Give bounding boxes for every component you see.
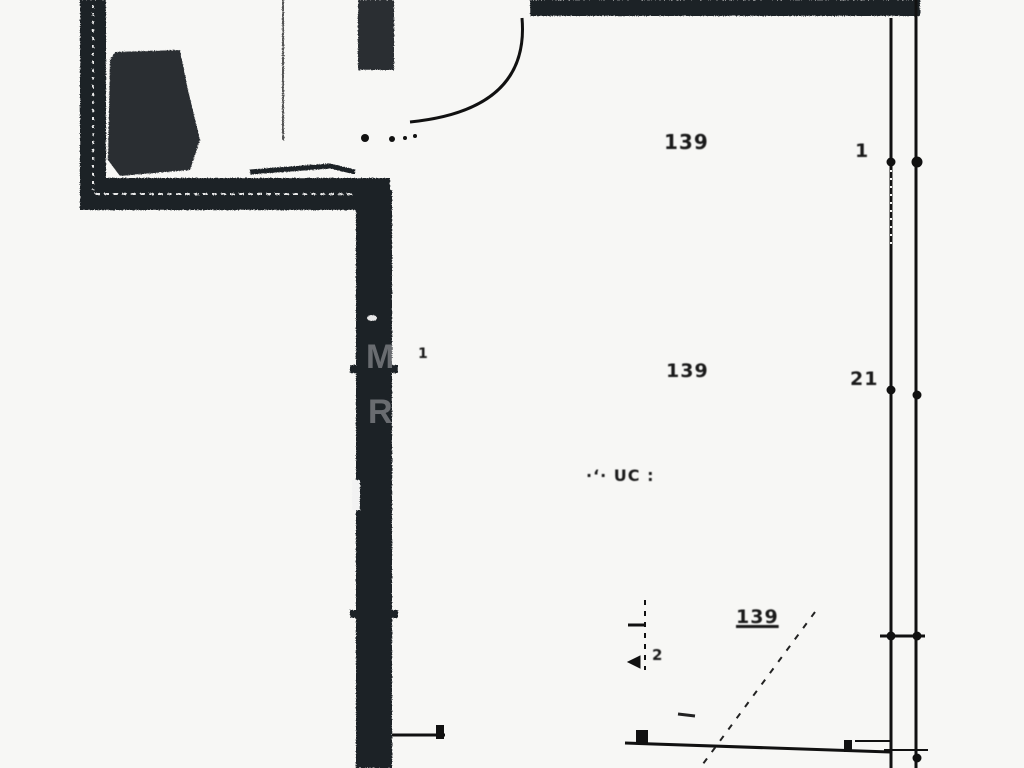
dimension-label-top: 139: [664, 130, 709, 154]
dimension-label-right-middle: 21: [850, 368, 878, 390]
main-left-wall: [350, 190, 398, 768]
dimension-label-bottom-left: 2: [652, 646, 663, 664]
dimension-label-middle: 139: [666, 360, 709, 382]
closet-walls: [80, 0, 394, 210]
main-top-wall: [530, 0, 920, 16]
right-wall-lines: [880, 0, 928, 768]
center-annotation: ·ʻ· UC :: [586, 466, 655, 485]
dimension-label-bottom: 139: [736, 606, 779, 628]
bottom-left-marker: [628, 600, 645, 670]
bottom-dimension-line: [392, 725, 890, 752]
dimension-label-left-tick: 1: [418, 346, 429, 362]
watermark-line-2: R: [368, 395, 393, 429]
watermark-line-1: M: [366, 340, 394, 374]
dimension-label-right-top: 1: [855, 140, 869, 162]
